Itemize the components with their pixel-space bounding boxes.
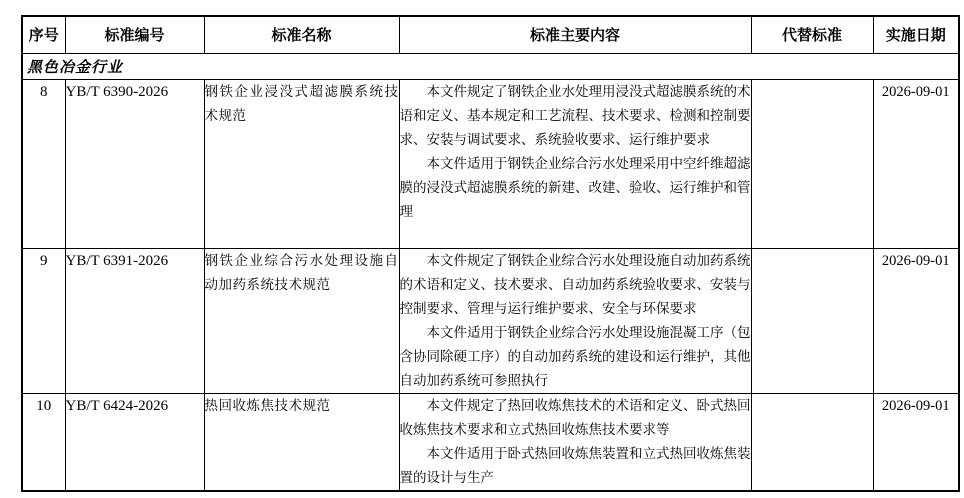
section-row: 黑色冶金行业 (22, 53, 959, 79)
column-header-content: 标准主要内容 (399, 16, 751, 53)
table-row: 9 YB/T 6391-2026 钢铁企业综合污水处理设施自动加药系统技术规范 … (22, 248, 959, 393)
content-paragraph: 本文件规定了热回收炼焦技术的术语和定义、卧式热回收炼焦技术要求和立式热回收炼焦技… (400, 394, 751, 442)
table-row: 10 YB/T 6424-2026 热回收炼焦技术规范 本文件规定了热回收炼焦技… (22, 393, 959, 491)
table-header-row: 序号 标准编号 标准名称 标准主要内容 代替标准 实施日期 (22, 16, 959, 53)
cell-content: 本文件规定了钢铁企业综合污水处理设施自动加药系统的术语和定义、技术要求、自动加药… (399, 248, 751, 393)
cell-index: 8 (22, 79, 65, 248)
cell-name: 钢铁企业浸没式超滤膜系统技术规范 (204, 79, 399, 248)
column-header-date: 实施日期 (873, 16, 959, 53)
content-paragraph: 本文件适用于钢铁企业综合污水处理采用中空纤维超滤膜的浸没式超滤膜系统的新建、改建… (400, 152, 751, 224)
document-page: 序号 标准编号 标准名称 标准主要内容 代替标准 实施日期 黑色冶金行业 8 Y… (0, 0, 964, 498)
cell-date: 2026-09-01 (873, 79, 959, 248)
cell-index: 9 (22, 248, 65, 393)
content-paragraph: 本文件规定了钢铁企业水处理用浸没式超滤膜系统的术语和定义、基本规定和工艺流程、技… (400, 80, 751, 152)
cell-replaces (751, 248, 873, 393)
cell-name: 钢铁企业综合污水处理设施自动加药系统技术规范 (204, 248, 399, 393)
cell-index: 10 (22, 393, 65, 491)
column-header-name: 标准名称 (204, 16, 399, 53)
column-header-replaces: 代替标准 (751, 16, 873, 53)
cell-date: 2026-09-01 (873, 248, 959, 393)
column-header-code: 标准编号 (65, 16, 204, 53)
column-header-index: 序号 (22, 16, 65, 53)
content-paragraph: 本文件适用于卧式热回收炼焦装置和立式热回收炼焦装置的设计与生产 (400, 442, 751, 490)
cell-code: YB/T 6424-2026 (65, 393, 204, 491)
cell-content: 本文件规定了钢铁企业水处理用浸没式超滤膜系统的术语和定义、基本规定和工艺流程、技… (399, 79, 751, 248)
cell-replaces (751, 79, 873, 248)
table-row: 8 YB/T 6390-2026 钢铁企业浸没式超滤膜系统技术规范 本文件规定了… (22, 79, 959, 248)
cell-content: 本文件规定了热回收炼焦技术的术语和定义、卧式热回收炼焦技术要求和立式热回收炼焦技… (399, 393, 751, 491)
cell-code: YB/T 6390-2026 (65, 79, 204, 248)
cell-code: YB/T 6391-2026 (65, 248, 204, 393)
content-paragraph: 本文件规定了钢铁企业综合污水处理设施自动加药系统的术语和定义、技术要求、自动加药… (400, 249, 751, 321)
cell-name: 热回收炼焦技术规范 (204, 393, 399, 491)
section-label: 黑色冶金行业 (22, 53, 959, 79)
cell-date: 2026-09-01 (873, 393, 959, 491)
cell-replaces (751, 393, 873, 491)
content-paragraph: 本文件适用于钢铁企业综合污水处理设施混凝工序（包含协同除硬工序）的自动加药系统的… (400, 321, 751, 393)
standards-table: 序号 标准编号 标准名称 标准主要内容 代替标准 实施日期 黑色冶金行业 8 Y… (21, 15, 960, 492)
